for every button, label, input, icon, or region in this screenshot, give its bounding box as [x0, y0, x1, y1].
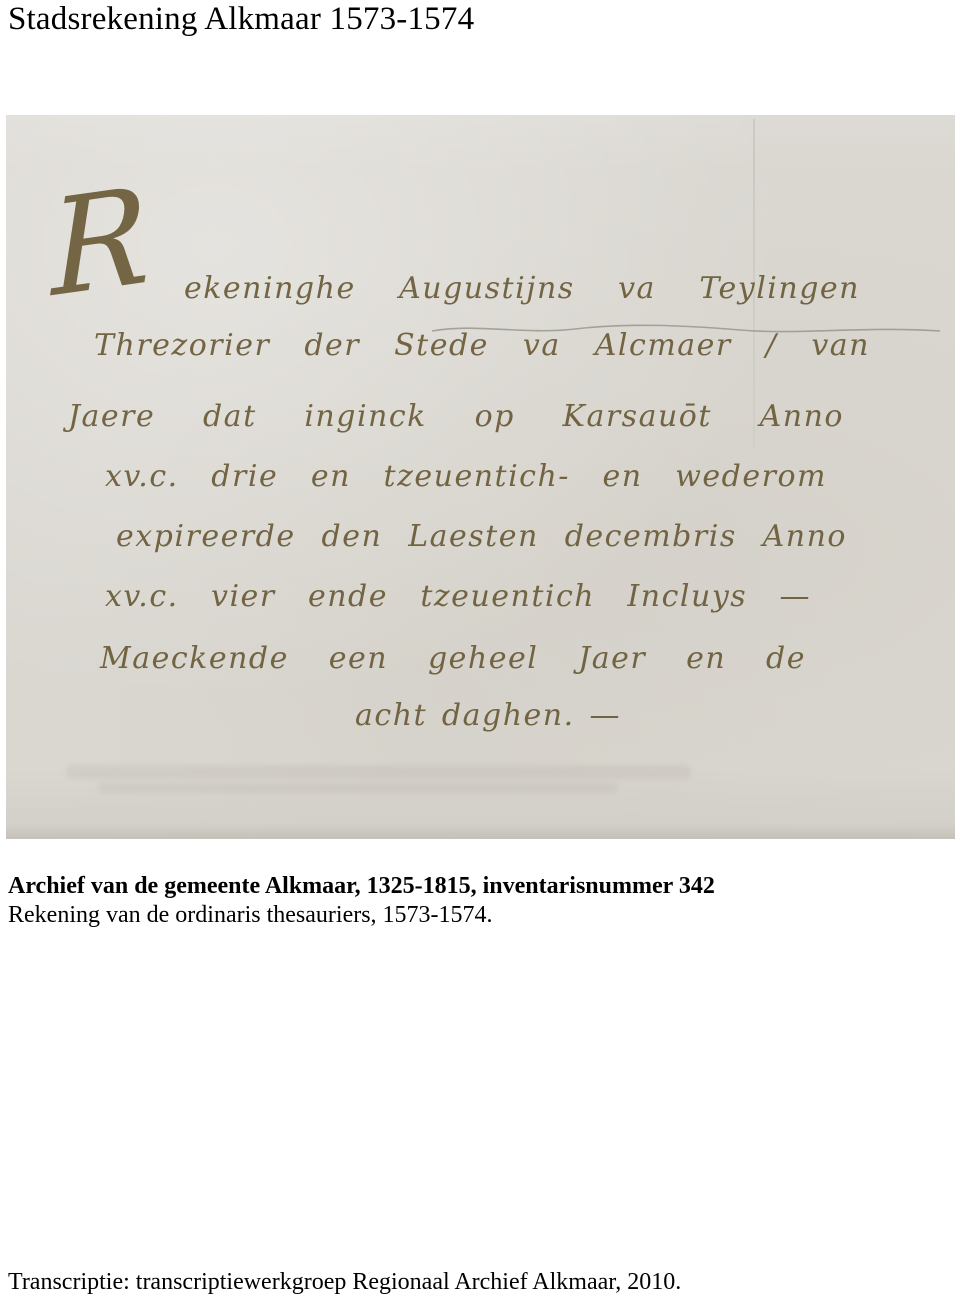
archive-reference: Archief van de gemeente Alkmaar, 1325-18…: [8, 872, 715, 900]
page-edge-shadow: [6, 824, 955, 839]
manuscript-line-5: expireerde den Laesten decembris Anno: [116, 518, 847, 556]
illuminated-initial: R: [48, 170, 151, 316]
manuscript-line-4: xv.c. drie en tzeuentich- en wederom: [105, 458, 827, 496]
manuscript-line-7: Maeckende een geheel Jaer en de: [100, 640, 806, 678]
page: Stadsrekening Alkmaar 1573-1574 R ekenin…: [0, 0, 960, 1301]
ink-bleedthrough: [66, 765, 691, 779]
ink-bleedthrough: [98, 783, 618, 793]
transcription-credit: Transcriptie: transcriptiewerkgroep Regi…: [8, 1268, 681, 1296]
manuscript-line-3: Jaere dat inginck op Karsauōt Anno: [68, 398, 844, 436]
manuscript-line-2: Threzorier der Stede va Alcmaer / van: [94, 327, 870, 365]
document-title: Stadsrekening Alkmaar 1573-1574: [8, 0, 474, 38]
manuscript-line-8: acht daghen. —: [355, 697, 621, 735]
manuscript-line-1: ekeninghe Augustijns va Teylingen: [184, 270, 860, 308]
manuscript-scan: R ekeninghe Augustijns va Teylingen Thre…: [6, 115, 955, 839]
manuscript-line-6: xv.c. vier ende tzeuentich Incluys —: [105, 578, 811, 616]
document-description: Rekening van de ordinaris thesauriers, 1…: [8, 901, 493, 929]
